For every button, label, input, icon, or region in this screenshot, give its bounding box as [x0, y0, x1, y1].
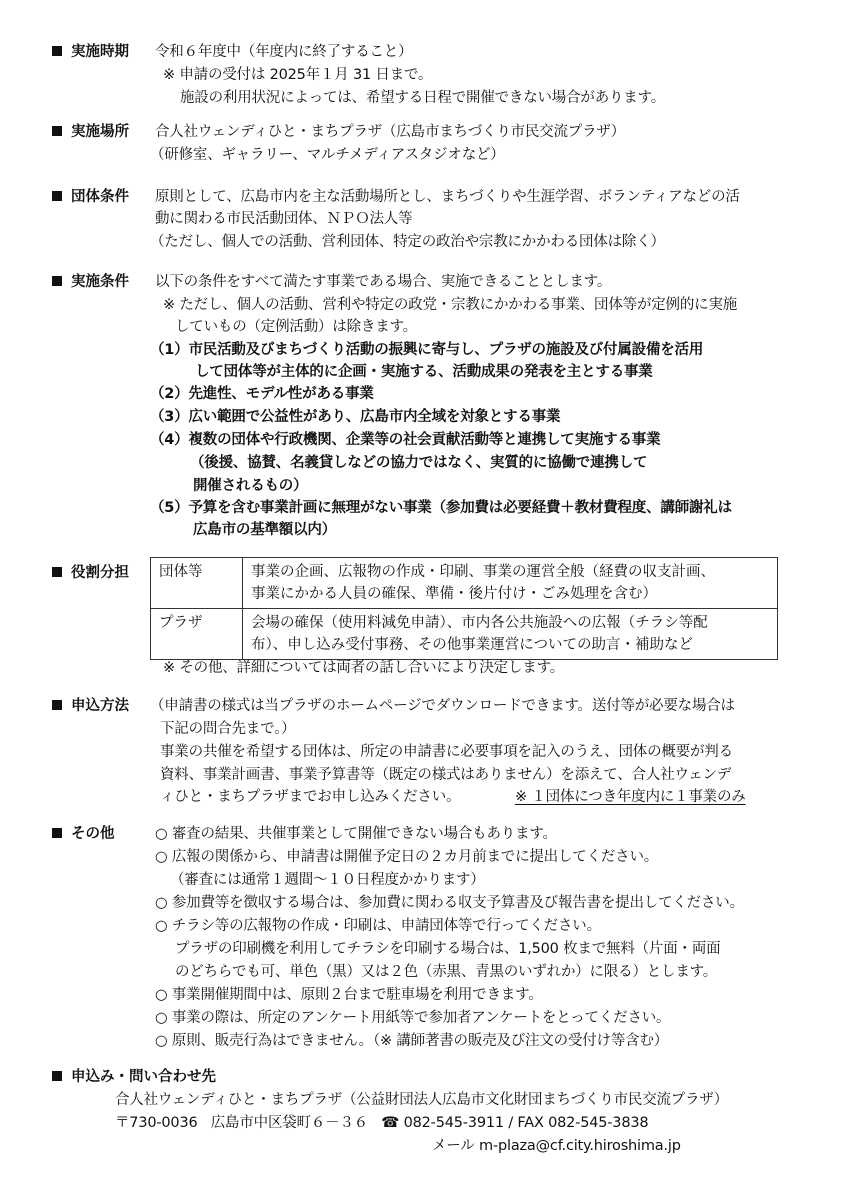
- item-text: 広報の関係から、申請書は開催予定日の２カ月前までに提出してください。: [172, 849, 658, 865]
- application-limit-note: ※ １団体につき年度内に１事業のみ: [515, 787, 746, 807]
- period-note-cont: 施設の利用状況によっては、希望する日程で開催できない場合があります。: [180, 88, 665, 108]
- other-item-5: ○ 事業開催期間中は、原則２台まで駐車場を利用できます。: [155, 985, 543, 1005]
- other-item-3: ○ 参加費等を徴収する場合は、参加費に関わる収支予算書及び報告書を提出してくださ…: [155, 893, 744, 913]
- section-heading-conditions: 実施条件: [52, 272, 129, 292]
- item-text: 市民活動及びまちづくり活動の振興に寄与し、プラザの施設及び付属設備を活用: [189, 342, 704, 358]
- square-bullet-icon: [52, 700, 62, 710]
- square-bullet-icon: [52, 191, 62, 201]
- other-item-1: ○ 審査の結果、共催事業として開催できない場合もあります。: [155, 824, 557, 844]
- condition-item-4-cont: （後援、協賛、名義貸しなどの協力ではなく、実質的に協働で連携して: [190, 453, 647, 473]
- square-bullet-icon: [52, 126, 62, 136]
- roles-note: ※ その他、詳細については両者の話し合いにより決定します。: [163, 658, 564, 678]
- venue-text: 合人社ウェンディひと・まちプラザ（広島市まちづくり市民交流プラザ）: [155, 122, 625, 142]
- application-line-1: （申請書の様式は当プラザのホームページでダウンロードできます。送付等が必要な場合…: [150, 696, 735, 716]
- period-text: 令和６年度中（年度内に終了すること）: [155, 42, 412, 62]
- circle-bullet-icon: ○: [155, 918, 167, 934]
- item-text: 先進性、モデル性がある事業: [189, 386, 374, 402]
- conditions-note-1: ※ ただし、個人の活動、営利や特定の政党・宗教にかかわる事業、団体等が定例的に実…: [163, 295, 737, 315]
- item-text: 予算を含む事業計画に無理がない事業（参加費は必要経費＋教材費程度、講師謝礼は: [189, 500, 732, 516]
- condition-item-3: （3）広い範囲で公益性があり、広島市内全域を対象とする事業: [150, 407, 560, 427]
- email-label: メール: [432, 1138, 475, 1154]
- role-duties: 事業の企画、広報物の作成・印刷、事業の運営全般（経費の収支計画、事業にかかる人員…: [243, 558, 778, 609]
- circle-bullet-icon: ○: [155, 1010, 167, 1026]
- item-number: （4）: [150, 432, 189, 448]
- item-text: 審査の結果、共催事業として開催できない場合もあります。: [172, 826, 557, 842]
- duty-line: 布）、申し込み受付事務、その他事業運営についての助言・補助など: [251, 634, 769, 656]
- square-bullet-icon: [52, 276, 62, 286]
- application-line-2: 下記の問合先まで。）: [160, 719, 295, 739]
- heading-text: 役割分担: [71, 565, 129, 581]
- item-number: （1）: [150, 342, 189, 358]
- contact-org: 合人社ウェンディひと・まちプラザ（公益財団法人広島市文化財団まちづくり市民交流プ…: [115, 1090, 728, 1110]
- heading-text: 申込み・問い合わせ先: [71, 1069, 216, 1085]
- item-text: 原則、販売行為はできません。（※ 講師著書の販売及び注文の受付け等含む）: [172, 1033, 668, 1049]
- role-duties: 会場の確保（使用料減免申請）、市内各公共施設への広報（チラシ等配布）、申し込み受…: [243, 609, 778, 660]
- other-item-4-cont: プラザの印刷機を利用してチラシを印刷する場合は、1,500 枚まで無料（片面・両…: [175, 939, 720, 959]
- email-address[interactable]: m-plaza@cf.city.hiroshima.jp: [479, 1138, 681, 1154]
- other-item-2-cont: （審査には通常１週間～１０日程度かかります）: [170, 870, 485, 890]
- duty-line: 会場の確保（使用料減免申請）、市内各公共施設への広報（チラシ等配: [251, 612, 769, 634]
- circle-bullet-icon: ○: [155, 987, 167, 1003]
- circle-bullet-icon: ○: [155, 826, 167, 842]
- table-row: プラザ 会場の確保（使用料減免申請）、市内各公共施設への広報（チラシ等配布）、申…: [151, 609, 778, 660]
- section-heading-roles: 役割分担: [52, 563, 129, 583]
- role-party: 団体等: [151, 558, 243, 609]
- circle-bullet-icon: ○: [155, 1033, 167, 1049]
- square-bullet-icon: [52, 46, 62, 56]
- heading-text: 実施場所: [71, 124, 129, 140]
- circle-bullet-icon: ○: [155, 849, 167, 865]
- duty-line: 事業の企画、広報物の作成・印刷、事業の運営全般（経費の収支計画、: [251, 561, 769, 583]
- contact-email-line: メール m-plaza@cf.city.hiroshima.jp: [432, 1136, 681, 1156]
- section-heading-other: その他: [52, 824, 115, 844]
- item-number: （5）: [150, 500, 189, 516]
- duty-line: 事業にかかる人員の確保、準備・後片付け・ごみ処理を含む）: [251, 583, 769, 605]
- condition-item-4-cont2: 開催されるもの）: [193, 476, 307, 496]
- circle-bullet-icon: ○: [155, 895, 167, 911]
- section-heading-application: 申込方法: [52, 696, 129, 716]
- heading-text: 実施条件: [71, 274, 129, 290]
- other-item-4: ○ チラシ等の広報物の作成・印刷は、申請団体等で行ってください。: [155, 916, 601, 936]
- square-bullet-icon: [52, 567, 62, 577]
- heading-text: 実施時期: [71, 44, 129, 60]
- condition-item-5-cont: 広島市の基準額以内）: [193, 520, 336, 540]
- conditions-note-2: していもの（定例活動）は除きます。: [175, 317, 417, 337]
- eligibility-line-1: 原則として、広島市内を主な活動場所とし、まちづくりや生涯学習、ボランティアなどの…: [155, 187, 740, 207]
- item-number: （2）: [150, 386, 189, 402]
- other-item-7: ○ 原則、販売行為はできません。（※ 講師著書の販売及び注文の受付け等含む）: [155, 1031, 668, 1051]
- item-number: （3）: [150, 409, 189, 425]
- postal-code: 〒730-0036: [115, 1115, 198, 1131]
- section-heading-eligibility: 団体条件: [52, 187, 129, 207]
- item-text: 参加費等を徴収する場合は、参加費に関わる収支予算書及び報告書を提出してください。: [172, 895, 744, 911]
- role-party: プラザ: [151, 609, 243, 660]
- phone-fax: 082-545-3911 / FAX 082-545-3838: [404, 1115, 649, 1131]
- condition-item-1-cont: して団体等が主体的に企画・実施する、活動成果の発表を主とする事業: [195, 362, 653, 382]
- item-text: 複数の団体や行政機関、企業等の社会貢献活動等と連携して実施する事業: [189, 432, 661, 448]
- period-note: ※ 申請の受付は 2025年１月 31 日まで。: [163, 65, 432, 85]
- condition-item-2: （2）先進性、モデル性がある事業: [150, 384, 374, 404]
- heading-text: その他: [71, 826, 115, 842]
- heading-text: 団体条件: [71, 189, 129, 205]
- conditions-intro: 以下の条件をすべて満たす事業である場合、実施できることとします。: [155, 272, 611, 292]
- roles-table: 団体等 事業の企画、広報物の作成・印刷、事業の運営全般（経費の収支計画、事業にか…: [150, 557, 778, 660]
- square-bullet-icon: [52, 828, 62, 838]
- application-line-4: 資料、事業計画書、事業予算書等（既定の様式はありません）を添えて、合人社ウェンデ: [160, 765, 731, 785]
- heading-text: 申込方法: [71, 698, 129, 714]
- other-item-2: ○ 広報の関係から、申請書は開催予定日の２カ月前までに提出してください。: [155, 847, 658, 867]
- condition-item-1: （1）市民活動及びまちづくり活動の振興に寄与し、プラザの施設及び付属設備を活用: [150, 340, 703, 360]
- other-item-6: ○ 事業の際は、所定のアンケート用紙等で参加者アンケートをとってください。: [155, 1008, 670, 1028]
- eligibility-line-2: 動に関わる市民活動団体、ＮＰＯ法人等: [155, 209, 412, 229]
- item-text: チラシ等の広報物の作成・印刷は、申請団体等で行ってください。: [172, 918, 601, 934]
- item-text: 広い範囲で公益性があり、広島市内全域を対象とする事業: [189, 409, 561, 425]
- eligibility-line-3: （ただし、個人での活動、営利団体、特定の政治や宗教にかかわる団体は除く）: [150, 232, 665, 252]
- application-line-5: ィひと・まちプラザまでお申し込みください。: [160, 787, 460, 807]
- condition-item-5: （5）予算を含む事業計画に無理がない事業（参加費は必要経費＋教材費程度、講師謝礼…: [150, 498, 732, 518]
- item-text: 事業開催期間中は、原則２台まで駐車場を利用できます。: [172, 987, 543, 1003]
- section-heading-contact: 申込み・問い合わせ先: [52, 1067, 216, 1087]
- phone-icon: ☎: [381, 1115, 399, 1131]
- application-line-3: 事業の共催を希望する団体は、所定の申請書に必要事項を記入のうえ、団体の概要が判る: [160, 742, 733, 762]
- item-text: 事業の際は、所定のアンケート用紙等で参加者アンケートをとってください。: [172, 1010, 670, 1026]
- table-row: 団体等 事業の企画、広報物の作成・印刷、事業の運営全般（経費の収支計画、事業にか…: [151, 558, 778, 609]
- address: 広島市中区袋町６－３６: [211, 1115, 368, 1131]
- venue-rooms: （研修室、ギャラリー、マルチメディアスタジオなど）: [150, 145, 505, 165]
- condition-item-4: （4）複数の団体や行政機関、企業等の社会貢献活動等と連携して実施する事業: [150, 430, 660, 450]
- square-bullet-icon: [52, 1071, 62, 1081]
- other-item-4-cont2: のどちらでも可、単色（黒）又は２色（赤黒、青黒のいずれか）に限る）とします。: [175, 962, 717, 982]
- section-heading-period: 実施時期: [52, 42, 129, 62]
- section-heading-venue: 実施場所: [52, 122, 129, 142]
- contact-address-line: 〒730-0036 広島市中区袋町６－３６ ☎ 082-545-3911 / F…: [115, 1113, 648, 1133]
